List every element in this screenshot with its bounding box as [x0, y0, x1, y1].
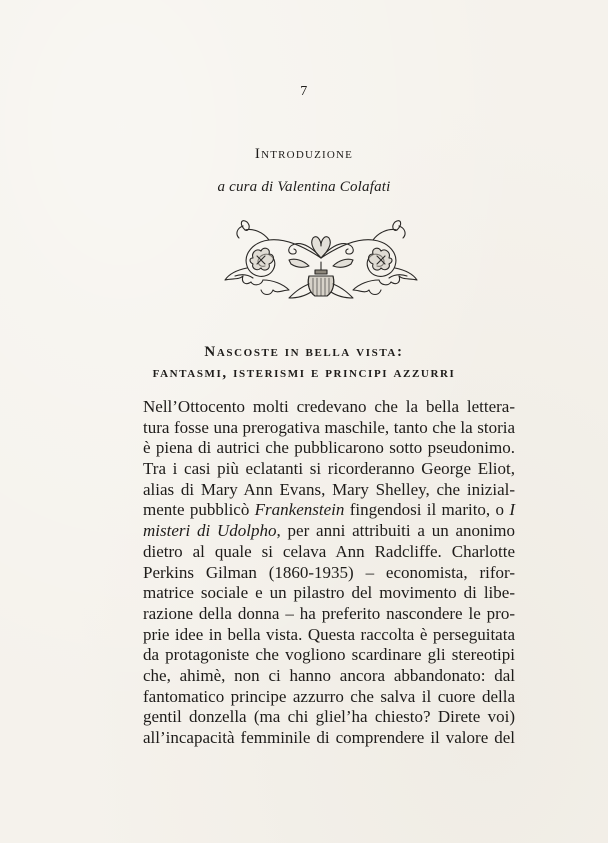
body-text-line: Tra i casi più eclatanti si ricorderanno…	[143, 459, 515, 480]
body-text-line: Nell’Ottocento molti credevano che la be…	[143, 397, 515, 418]
text-segment: fantomatico principe azzurro che salva i…	[143, 687, 515, 706]
text-segment: prie idee in bella vista. Questa raccolt…	[143, 625, 515, 644]
italic-title: I	[509, 500, 515, 519]
text-segment: mente pubblicò	[143, 500, 255, 519]
page-number: 7	[0, 84, 608, 100]
body-text-line: Perkins Gilman (1860-1935) – economista,…	[143, 563, 515, 584]
body-text-line: misteri di Udolpho, per anni attribuiti …	[143, 521, 515, 542]
body-text-line: matrice sociale e un pilastro del movime…	[143, 583, 515, 604]
italic-title: Frankenstein	[255, 500, 345, 519]
body-text-line: da protagoniste che vogliono scardinare …	[143, 645, 515, 666]
chapter-subtitle: a cura di Valentina Colafati	[0, 179, 608, 196]
chapter-title: Introduzione	[0, 146, 608, 163]
body-text-line: che, ahimè, non ci hanno ancora abbandon…	[143, 666, 515, 687]
section-heading-line-1: Nascoste in bella vista:	[204, 344, 403, 360]
body-text-line: tura fosse una prerogativa maschile, tan…	[143, 418, 515, 439]
text-segment: che, ahimè, non ci hanno ancora abbandon…	[143, 666, 515, 685]
text-segment: è piena di autrici che pubblicarono sott…	[143, 438, 515, 457]
body-text-line: fantomatico principe azzurro che salva i…	[143, 687, 515, 708]
italic-title: misteri di Udolpho	[143, 521, 277, 540]
text-segment: Tra i casi più eclatanti si ricorderanno…	[143, 459, 515, 478]
text-segment: matrice sociale e un pilastro del movime…	[143, 583, 515, 602]
text-segment: razione della donna – ha preferito nasco…	[143, 604, 515, 623]
body-text-line: prie idee in bella vista. Questa raccolt…	[143, 625, 515, 646]
text-segment: gentil donzella (ma chi gliel’ha chiesto…	[143, 707, 515, 726]
text-segment: , per anni attribuiti a un anonimo	[277, 521, 515, 540]
body-text: Nell’Ottocento molti credevano che la be…	[143, 397, 515, 749]
text-segment: all’incapacità femminile di comprendere …	[143, 728, 515, 747]
text-segment: Nell’Ottocento molti credevano che la be…	[143, 397, 515, 416]
text-segment: da protagoniste che vogliono scardinare …	[143, 645, 515, 664]
section-heading: Nascoste in bella vista: fantasmi, ister…	[0, 342, 608, 384]
body-text-line: dietro al quale si celava Ann Radcliffe.…	[143, 542, 515, 563]
body-text-line: è piena di autrici che pubblicarono sott…	[143, 438, 515, 459]
floral-scroll-ornament-icon	[223, 218, 419, 300]
text-segment: Perkins Gilman (1860-1935) – economista,…	[143, 563, 515, 582]
text-segment: alias di Mary Ann Evans, Mary Shelley, c…	[143, 480, 515, 499]
section-heading-line-2: fantasmi, isterismi e principi azzurri	[0, 363, 608, 384]
body-text-line: gentil donzella (ma chi gliel’ha chiesto…	[143, 707, 515, 728]
text-segment: fingendosi il marito, o	[344, 500, 509, 519]
body-text-line: alias di Mary Ann Evans, Mary Shelley, c…	[143, 480, 515, 501]
text-segment: dietro al quale si celava Ann Radcliffe.…	[143, 542, 515, 561]
body-text-line: mente pubblicò Frankenstein fingendosi i…	[143, 500, 515, 521]
text-segment: tura fosse una prerogativa maschile, tan…	[143, 418, 515, 437]
body-text-line: all’incapacità femminile di comprendere …	[143, 728, 515, 749]
body-text-line: razione della donna – ha preferito nasco…	[143, 604, 515, 625]
